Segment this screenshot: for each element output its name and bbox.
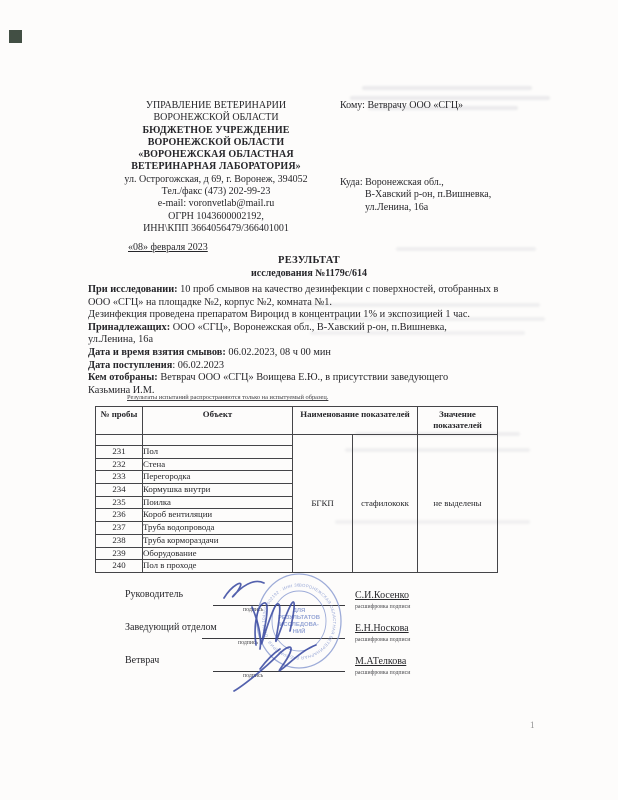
sample-number-cell: 238 <box>96 534 143 547</box>
object-cell: Перегородка <box>143 471 293 484</box>
table-spacer-row: БГКП стафилококк не выделены <box>96 435 498 446</box>
body-line: ул.Ленина, 16а <box>88 334 540 347</box>
sample-number-cell: 233 <box>96 471 143 484</box>
report-body: При исследовании: 10 проб смывов на каче… <box>88 284 540 397</box>
org-line: БЮДЖЕТНОЕ УЧРЕЖДЕНИЕ <box>86 125 346 137</box>
org-line: «ВОРОНЕЖСКАЯ ОБЛАСТНАЯ <box>86 149 346 161</box>
recipient-address-block: Куда: Воронежская обл., В-Хавский р-он, … <box>340 177 491 214</box>
org-line: ВЕТЕРИНАРНАЯ ЛАБОРАТОРИЯ» <box>86 161 346 173</box>
header-indicator-value: Значение показателей <box>418 407 498 435</box>
recipient-line: Кому: Ветврачу ООО «СГЦ» <box>340 100 463 111</box>
scanned-document-page: УПРАВЛЕНИЕ ВЕТЕРИНАРИИ ВОРОНЕЖСКОЙ ОБЛАС… <box>0 0 618 800</box>
object-cell: Стена <box>143 458 293 471</box>
header-sample-number: № пробы <box>96 407 143 435</box>
body-line: Дата поступления: 06.02.2023 <box>88 360 540 373</box>
org-line: ВОРОНЕЖСКОЙ ОБЛАСТИ <box>86 112 346 124</box>
spacer-cell <box>143 435 293 446</box>
object-cell: Оборудование <box>143 547 293 560</box>
header-indicator-name: Наименование показателей <box>293 407 418 435</box>
body-line: Дата и время взятия смывов: 06.02.2023, … <box>88 347 540 360</box>
org-line: ВОРОНЕЖСКОЙ ОБЛАСТИ <box>86 137 346 149</box>
body-line: ООО «СГЦ» на площадке №2, корпус №2, ком… <box>88 297 540 310</box>
org-address-line: ул. Острогожская, д 69, г. Воронеж, 3940… <box>86 174 346 186</box>
page-number: 1 <box>530 720 535 730</box>
results-table-body: БГКП стафилококк не выделены 231Пол232Ст… <box>96 435 498 573</box>
signature-ink <box>200 565 390 705</box>
address-line: Куда: Воронежская обл., <box>340 177 491 189</box>
org-email-line: e-mail: voronvetlab@mail.ru <box>86 198 346 210</box>
results-table: № пробы Объект Наименование показателей … <box>95 406 498 573</box>
org-phone-line: Тел./факс (473) 202-99-23 <box>86 186 346 198</box>
signature-role-director: Руководитель <box>125 589 183 600</box>
sample-number-cell: 231 <box>96 446 143 459</box>
body-line: Дезинфекция проведена препаратом Вироцид… <box>88 309 540 322</box>
body-line: При исследовании: 10 проб смывов на каче… <box>88 284 540 297</box>
indicator-bgkp-cell: БГКП <box>293 435 353 573</box>
object-cell: Труба кормораздачи <box>143 534 293 547</box>
body-line: Принадлежащих: ООО «СГЦ», Воронежская об… <box>88 322 540 335</box>
org-line: УПРАВЛЕНИЕ ВЕТЕРИНАРИИ <box>86 100 346 112</box>
document-date: «08» февраля 2023 <box>128 242 208 253</box>
object-cell: Короб вентиляции <box>143 509 293 522</box>
result-value-cell: не выделены <box>418 435 498 573</box>
document-subtitle: исследования №1179с/614 <box>0 268 618 279</box>
object-cell: Пол <box>143 446 293 459</box>
spacer-cell <box>96 435 143 446</box>
table-header-row: № пробы Объект Наименование показателей … <box>96 407 498 435</box>
sample-number-cell: 240 <box>96 560 143 573</box>
org-ogrn-line: ОГРН 1043600002192, <box>86 211 346 223</box>
org-inn-line: ИНН\КПП 3664056479/366401001 <box>86 223 346 235</box>
object-cell: Труба водопровода <box>143 522 293 535</box>
indicator-staph-cell: стафилококк <box>353 435 418 573</box>
sample-number-cell: 239 <box>96 547 143 560</box>
sample-number-cell: 237 <box>96 522 143 535</box>
object-cell: Поилка <box>143 496 293 509</box>
address-line: В-Хавский р-он, п.Вишневка, <box>340 189 491 201</box>
sample-number-cell: 236 <box>96 509 143 522</box>
sample-number-cell: 234 <box>96 484 143 497</box>
sample-number-cell: 235 <box>96 496 143 509</box>
scan-corner-mark <box>9 30 22 43</box>
bleedthrough-smudge <box>396 247 536 251</box>
table-disclaimer: Результаты испытаний распространяются то… <box>127 394 328 401</box>
document-title: РЕЗУЛЬТАТ <box>0 255 618 266</box>
body-line: Кем отобраны: Ветврач ООО «СГЦ» Воищева … <box>88 372 540 385</box>
header-object: Объект <box>143 407 293 435</box>
signature-role-vet: Ветврач <box>125 655 159 666</box>
letterhead-org-block: УПРАВЛЕНИЕ ВЕТЕРИНАРИИ ВОРОНЕЖСКОЙ ОБЛАС… <box>86 100 346 235</box>
object-cell: Кормушка внутри <box>143 484 293 497</box>
sample-number-cell: 232 <box>96 458 143 471</box>
address-line: ул.Ленина, 16а <box>340 202 491 214</box>
bleedthrough-smudge <box>362 86 532 90</box>
